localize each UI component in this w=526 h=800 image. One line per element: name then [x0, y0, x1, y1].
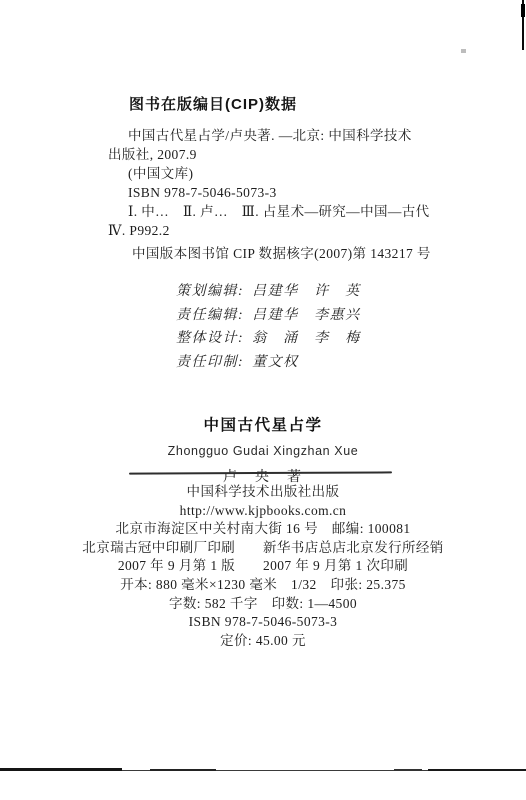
isbn-line: ISBN 978-7-5046-5073-3 [0, 613, 526, 632]
staff-role: 整体设计: [176, 331, 244, 346]
scan-artifact-bottom-segment [428, 769, 526, 771]
cip-class-number-line: Ⅳ. P992.2 [108, 221, 473, 240]
staff-row-overall-design: 整体设计:翁 涌 李 梅 [176, 327, 361, 351]
staff-role: 策划编辑: [176, 284, 244, 299]
edition-printing-date-line: 2007 年 9 月第 1 版 2007 年 9 月第 1 次印刷 [0, 557, 526, 576]
book-title: 中国古代星占学 [0, 413, 526, 435]
scan-artifact-right-edge-blob [521, 4, 525, 17]
publisher-line: 中国科学技术出版社出版 [0, 483, 526, 502]
cip-classification-line: Ⅰ. 中… Ⅱ. 卢… Ⅲ. 占星术—研究—中国—古代 [108, 202, 473, 221]
cip-title-statement-line: 中国古代星占学/卢央著. —北京: 中国科学技术 [108, 126, 473, 145]
staff-names: 翁 涌 李 梅 [252, 331, 361, 346]
price-line: 定价: 45.00 元 [0, 632, 526, 651]
staff-row-print-supervisor: 责任印制:董文权 [176, 351, 361, 375]
cip-data-section: 图书在版编目(CIP)数据 中国古代星占学/卢央著. —北京: 中国科学技术 出… [108, 93, 473, 263]
printer-distributor-line: 北京瑞古冠中印刷厂印刷 新华书店总店北京发行所经销 [0, 539, 526, 558]
cip-registry-number: 中国版本图书馆 CIP 数据核字(2007)第 143217 号 [108, 244, 473, 263]
staff-names: 吕建华 许 英 [252, 284, 361, 299]
book-title-pinyin: Zhongguo Gudai Xingzhan Xue [0, 444, 526, 458]
staff-role: 责任印制: [176, 355, 244, 370]
staff-names: 吕建华 李惠兴 [252, 308, 361, 323]
editorial-staff-section: 策划编辑:吕建华 许 英 责任编辑:吕建华 李惠兴 整体设计:翁 涌 李 梅 责… [176, 280, 361, 374]
cip-isbn-line: ISBN 978-7-5046-5073-3 [108, 183, 473, 202]
staff-role: 责任编辑: [176, 308, 244, 323]
cip-heading: 图书在版编目(CIP)数据 [129, 93, 473, 114]
book-copyright-page: 图书在版编目(CIP)数据 中国古代星占学/卢央著. —北京: 中国科学技术 出… [0, 0, 526, 800]
cip-publisher-continuation-line: 出版社, 2007.9 [108, 145, 473, 164]
scan-artifact-bottom-segment [0, 768, 122, 771]
colophon-section: 中国科学技术出版社出版 http://www.kjpbooks.com.cn 北… [0, 483, 526, 650]
scan-artifact-bottom-segment [150, 769, 216, 771]
scan-artifact-bottom-segment [394, 769, 422, 771]
title-section: 中国古代星占学 Zhongguo Gudai Xingzhan Xue 卢 央 … [0, 413, 526, 486]
staff-row-planning-editor: 策划编辑:吕建华 许 英 [176, 280, 361, 304]
format-sheets-line: 开本: 880 毫米×1230 毫米 1/32 印张: 25.375 [0, 576, 526, 595]
publisher-url: http://www.kjpbooks.com.cn [0, 502, 526, 521]
cip-series-line: (中国文库) [108, 164, 473, 183]
publisher-address-line: 北京市海淀区中关村南大街 16 号 邮编: 100081 [0, 520, 526, 539]
staff-names: 董文权 [252, 355, 299, 370]
wordcount-printrun-line: 字数: 582 千字 印数: 1—4500 [0, 595, 526, 614]
staff-row-responsible-editor: 责任编辑:吕建华 李惠兴 [176, 304, 361, 328]
scan-artifact-smudge [461, 49, 466, 53]
